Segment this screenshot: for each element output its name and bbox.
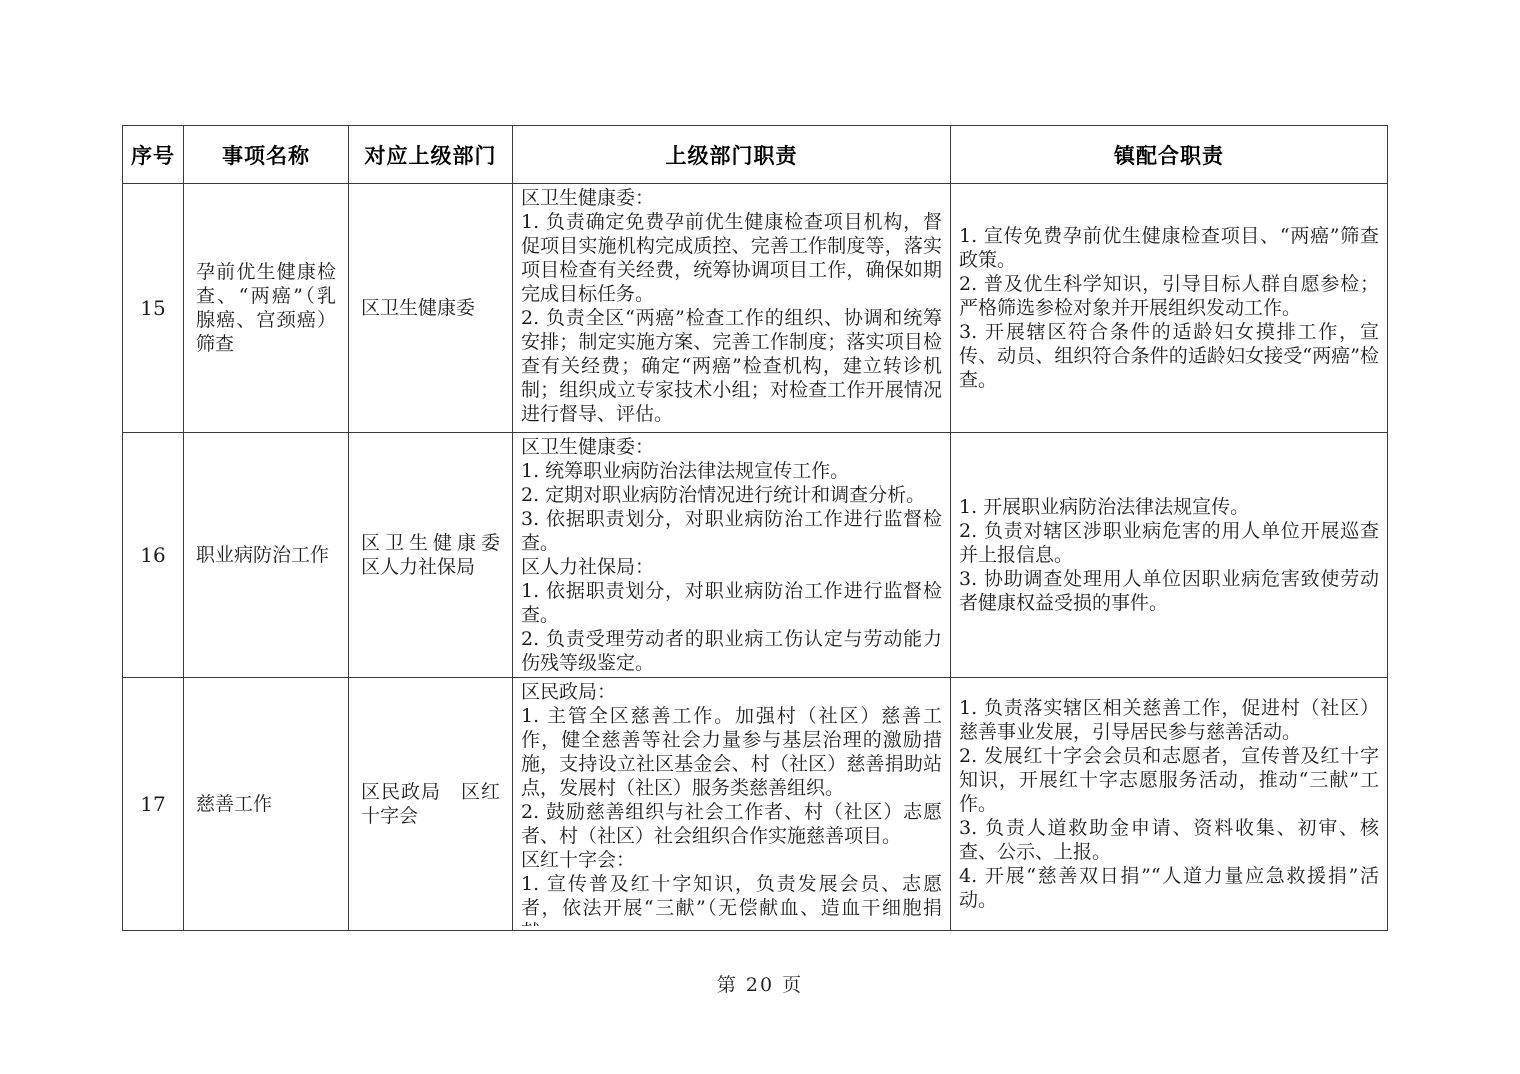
superior-duties-text: 区卫生健康委：1. 统筹职业病防治法律法规宣传工作。2. 定期对职业病防治情况进… xyxy=(521,435,942,673)
cell-serial-number: 16 xyxy=(123,433,184,678)
town-duties-text: 1. 负责落实辖区相关慈善工作，促进村（社区）慈善事业发展，引导居民参与慈善活动… xyxy=(959,696,1379,912)
cell-superior-department: 区卫生健康委 区人力社保局 xyxy=(349,433,513,678)
cell-superior-department: 区卫生健康委 xyxy=(349,184,513,433)
cell-serial-number: 15 xyxy=(123,184,184,433)
column-header-superior-duties: 上级部门职责 xyxy=(513,126,951,184)
cell-town-duties: 1. 负责落实辖区相关慈善工作，促进村（社区）慈善事业发展，引导居民参与慈善活动… xyxy=(951,678,1388,931)
column-header-superior-department: 对应上级部门 xyxy=(349,126,513,184)
cell-superior-duties: 区卫生健康委：1. 统筹职业病防治法律法规宣传工作。2. 定期对职业病防治情况进… xyxy=(513,433,951,678)
cell-superior-duties: 区民政局：1. 主管全区慈善工作。加强村（社区）慈善工作，健全慈善等社会力量参与… xyxy=(513,678,951,931)
town-duties-text: 1. 开展职业病防治法律法规宣传。2. 负责对辖区涉职业病危害的用人单位开展巡查… xyxy=(959,495,1379,615)
cell-superior-duties: 区卫生健康委：1. 负责确定免费孕前优生健康检查项目机构，督促项目实施机构完成质… xyxy=(513,184,951,433)
header-row: 序号 事项名称 对应上级部门 上级部门职责 镇配合职责 xyxy=(123,126,1388,184)
table-row: 15 孕前优生健康检查、“两癌”（乳腺癌、宫颈癌）筛查 区卫生健康委 区卫生健康… xyxy=(123,184,1388,433)
cell-superior-department: 区民政局 区红十字会 xyxy=(349,678,513,931)
cell-item-name: 慈善工作 xyxy=(184,678,349,931)
cell-item-name: 职业病防治工作 xyxy=(184,433,349,678)
town-duties-text: 1. 宣传免费孕前优生健康检查项目、“两癌”筛查政策。2. 普及优生科学知识，引… xyxy=(959,224,1379,392)
superior-duties-text: 区民政局：1. 主管全区慈善工作。加强村（社区）慈善工作，健全慈善等社会力量参与… xyxy=(521,680,942,926)
cell-town-duties: 1. 开展职业病防治法律法规宣传。2. 负责对辖区涉职业病危害的用人单位开展巡查… xyxy=(951,433,1388,678)
page-number: 第 20 页 xyxy=(0,970,1520,997)
cell-serial-number: 17 xyxy=(123,678,184,931)
responsibility-table: 序号 事项名称 对应上级部门 上级部门职责 镇配合职责 15 孕前优生健康检查、… xyxy=(122,125,1388,931)
column-header-town-duties: 镇配合职责 xyxy=(951,126,1388,184)
cell-town-duties: 1. 宣传免费孕前优生健康检查项目、“两癌”筛查政策。2. 普及优生科学知识，引… xyxy=(951,184,1388,433)
table-row: 17 慈善工作 区民政局 区红十字会 区民政局：1. 主管全区慈善工作。加强村（… xyxy=(123,678,1388,931)
column-header-serial: 序号 xyxy=(123,126,184,184)
column-header-item-name: 事项名称 xyxy=(184,126,349,184)
table-container: 序号 事项名称 对应上级部门 上级部门职责 镇配合职责 15 孕前优生健康检查、… xyxy=(122,125,1388,931)
cell-item-name: 孕前优生健康检查、“两癌”（乳腺癌、宫颈癌）筛查 xyxy=(184,184,349,433)
table-row: 16 职业病防治工作 区卫生健康委 区人力社保局 区卫生健康委：1. 统筹职业病… xyxy=(123,433,1388,678)
document-page: 序号 事项名称 对应上级部门 上级部门职责 镇配合职责 15 孕前优生健康检查、… xyxy=(0,0,1520,1074)
superior-duties-text: 区卫生健康委：1. 负责确定免费孕前优生健康检查项目机构，督促项目实施机构完成质… xyxy=(521,186,942,426)
